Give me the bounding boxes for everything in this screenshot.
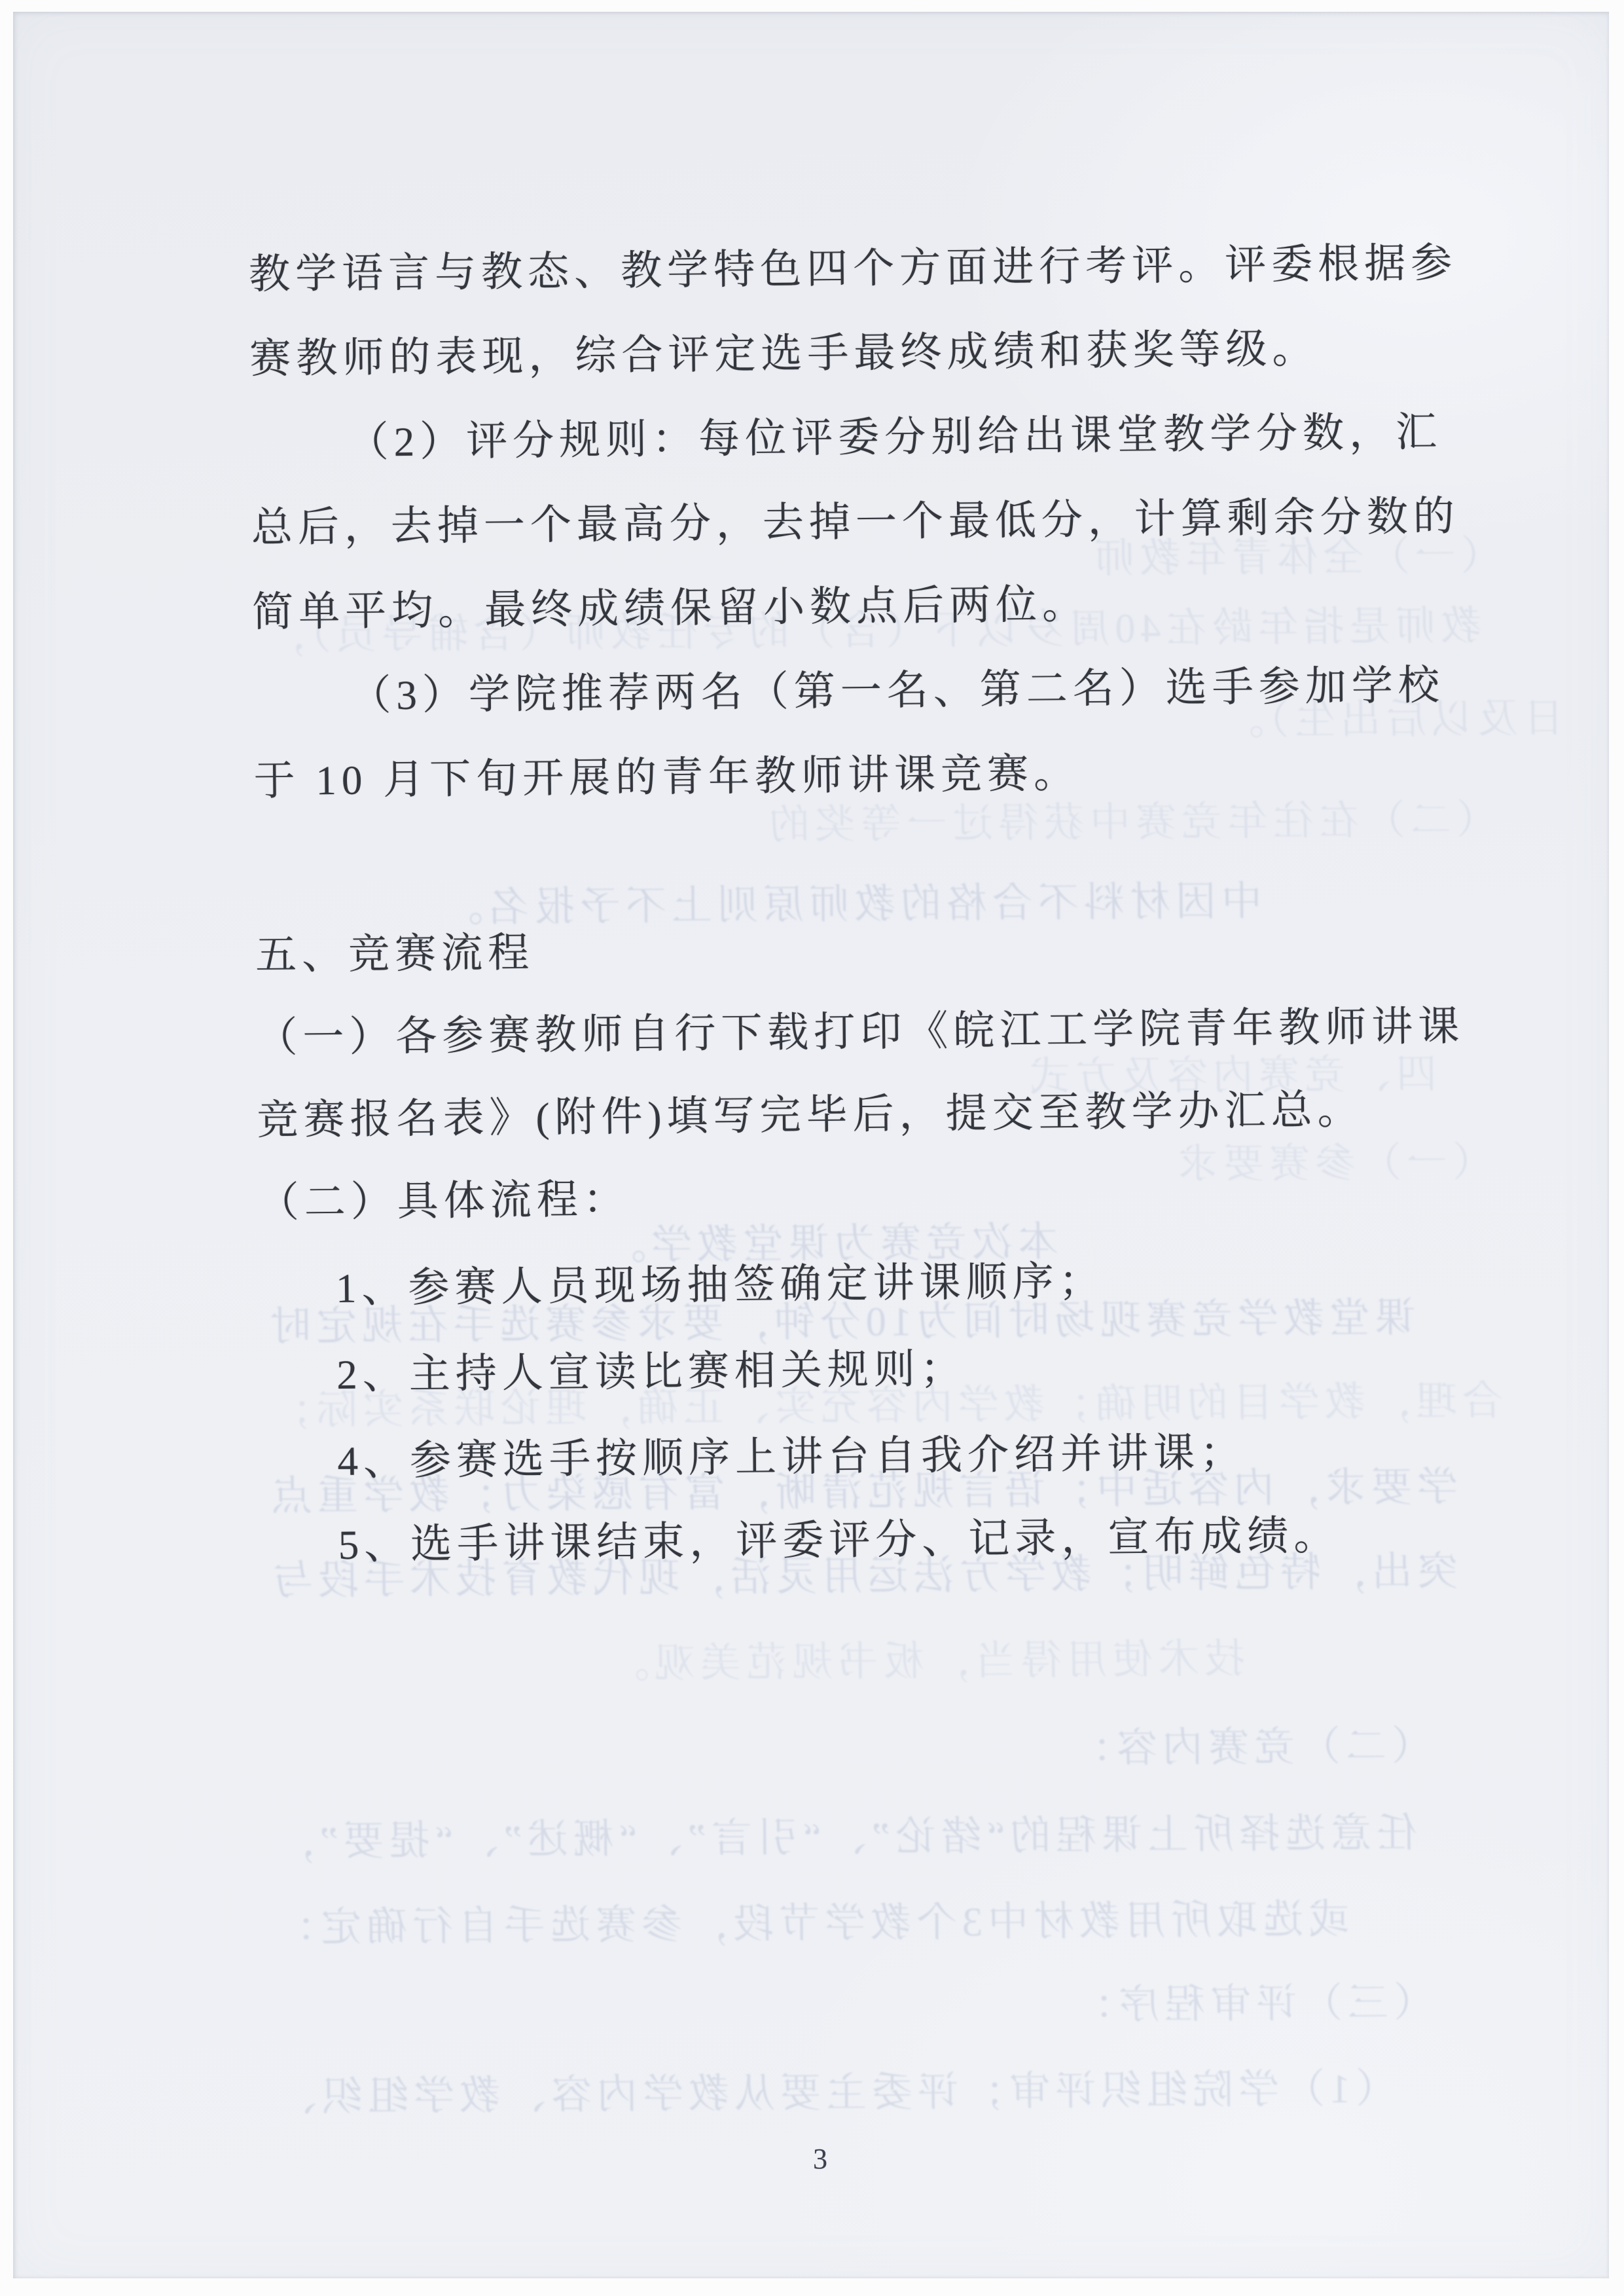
body-line: （二）具体流程： bbox=[257, 1166, 630, 1229]
list-item-line: 1、参赛人员现场抽签确定讲课顺序； bbox=[336, 1248, 1106, 1315]
body-line: 于 10 月下旬开展的青年教师讲课竞赛。 bbox=[253, 740, 1080, 807]
body-text-layer: 教学语言与教态、教学特色四个方面进行考评。评委根据参 赛教师的表现，综合评定选手… bbox=[10, 0, 1624, 2281]
list-item-line: 4、参赛选手按顺序上讲台自我介绍并讲课； bbox=[337, 1419, 1246, 1487]
body-line: 总后，去掉一个最高分，去掉一个最低分，计算剩余分数的 bbox=[251, 483, 1460, 554]
body-line: 赛教师的表现，综合评定选手最终成绩和获奖等级。 bbox=[249, 316, 1319, 386]
page-number: 3 bbox=[813, 2142, 829, 2176]
body-line: （2）评分规则：每位评委分别给出课堂教学分数，汇 bbox=[347, 399, 1442, 469]
list-item-line: 2、主持人宣读比赛相关规则； bbox=[336, 1336, 967, 1401]
section-heading-line: 五、竞赛流程 bbox=[255, 919, 535, 981]
scanned-document-page: { "page": { "number": "3", "paper_color"… bbox=[0, 0, 1624, 2296]
body-line: 简单平均。最终成绩保留小数点后两位。 bbox=[252, 571, 1089, 638]
paper-sheet: （一）全体青年教师 教师是指年龄在40周岁以下（含）的专任教师（含辅导员）， 日… bbox=[13, 12, 1609, 2278]
body-line: 教学语言与教态、教学特色四个方面进行考评。评委根据参 bbox=[249, 229, 1458, 301]
body-line: （一）各参赛教师自行下载打印《皖江工学院青年教师讲课 bbox=[256, 993, 1465, 1064]
body-line: 竞赛报名表》(附件)填写完毕后，提交至教学办汇总。 bbox=[257, 1076, 1364, 1146]
list-item-line: 5、选手讲课结束，评委评分、记录，宣布成绩。 bbox=[338, 1502, 1340, 1571]
body-line: （3）学院推荐两名（第一名、第二名）选手参加学校 bbox=[350, 652, 1445, 722]
